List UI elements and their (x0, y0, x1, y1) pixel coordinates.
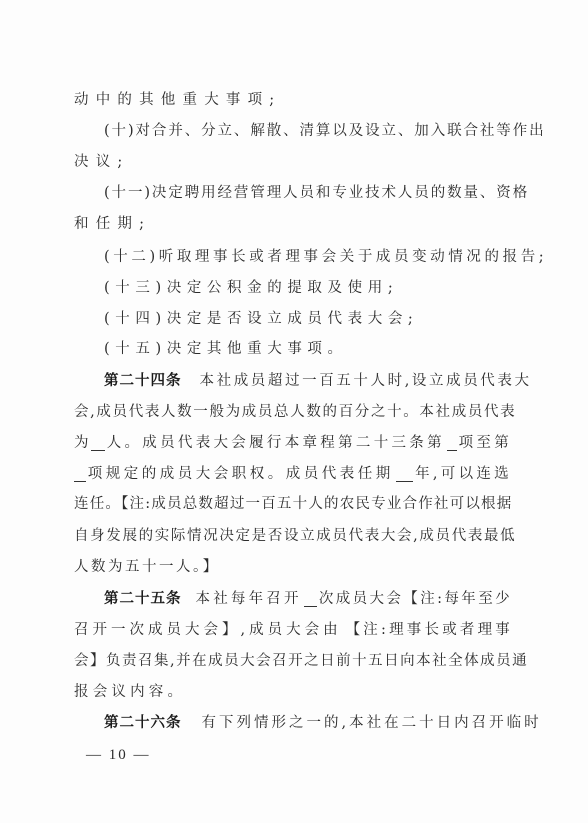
meetings-per-year-blank[interactable] (304, 592, 317, 607)
article-24-line-3: 为 人。成员代表大会履行本章程第二十三条第 项至第 (74, 432, 512, 454)
article-24-line-2: 会,成员代表人数一般为成员总人数的百分之十。本社成员代表 (74, 401, 512, 423)
article-24-line-6: 自身发展的实际情况决定是否设立成员代表大会,成员代表最低 (74, 525, 512, 547)
article-24-line-5: 连任。【注:成员总数超过一百五十人的农民专业合作社可以根据 (74, 493, 512, 515)
article-24-line-1: 第二十四条 本社成员超过一百五十人时,设立成员代表大 (104, 370, 512, 392)
item-end-blank[interactable] (74, 467, 86, 482)
article-25-heading: 第二十五条 (104, 588, 182, 610)
list-item-10: (十)对合并、分立、解散、清算以及设立、加入联合社等作出 (104, 120, 512, 142)
list-item-15: (十五)决定其他重大事项。 (104, 338, 512, 360)
term-years-blank[interactable] (396, 467, 413, 482)
article-24-line-7: 人数为五十一人。】 (74, 556, 512, 578)
list-item-12: (十二)听取理事长或者理事会关于成员变动情况的报告; (104, 246, 512, 268)
article-25-line-4: 报会议内容。 (74, 681, 512, 703)
list-item-13: (十三)决定公积金的提取及使用; (104, 277, 512, 299)
page-number: — 10 — (86, 747, 151, 764)
article-26-heading: 第二十六条 (104, 712, 182, 734)
list-item-14: (十四)决定是否设立成员代表大会; (104, 308, 512, 330)
article-24-heading: 第二十四条 (104, 370, 182, 392)
text-line-1: 动中的其他重大事项; (74, 89, 512, 111)
article-26-line-1: 第二十六条 有下列情形之一的,本社在二十日内召开临时 (104, 712, 512, 734)
article-25-line-1: 第二十五条 本社每年召开 次成员大会【注:每年至少 (104, 588, 512, 610)
article-24-line-4: 项规定的成员大会职权。成员代表任期 年,可以连选 (74, 463, 512, 485)
text-line-3: 决议; (74, 151, 512, 173)
article-25-line-2: 召开一次成员大会】,成员大会由 【注:理事长或者理事 (74, 619, 512, 641)
text-line-5: 和任期; (74, 213, 512, 235)
representative-count-blank[interactable] (91, 436, 105, 451)
article-25-line-3: 会】负责召集,并在成员大会召开之日前十五日向本社全体成员通 (74, 650, 512, 672)
item-start-blank[interactable] (447, 436, 457, 451)
document-page: 动中的其他重大事项; (十)对合并、分立、解散、清算以及设立、加入联合社等作出 … (0, 0, 588, 823)
list-item-11: (十一)决定聘用经营管理人员和专业技术人员的数量、资格 (104, 182, 512, 204)
